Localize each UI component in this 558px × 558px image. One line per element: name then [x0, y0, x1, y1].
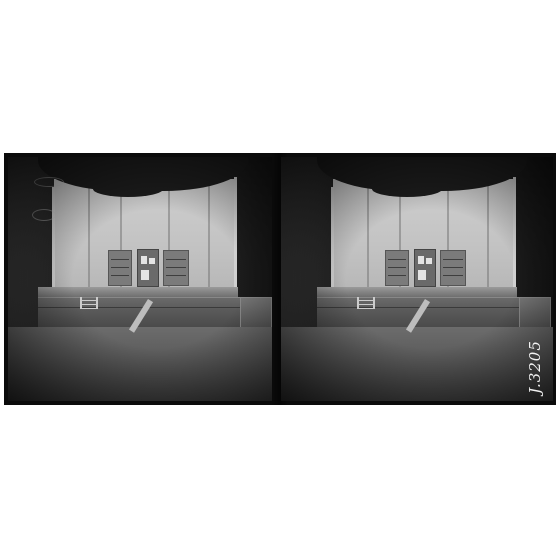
proscenium-column: [331, 187, 334, 297]
scenery-bookcase: [108, 250, 132, 286]
scenery-bookcase: [440, 250, 466, 286]
scenery-doorway: [414, 249, 436, 287]
proscenium-column: [234, 177, 237, 297]
wall-panel-seam: [88, 179, 90, 297]
wall-panel-seam: [208, 179, 210, 297]
catalog-number-text: J.3205: [526, 340, 544, 394]
stage-debris: [317, 287, 517, 297]
stereo-frame-left: [8, 157, 280, 401]
catalog-number-label: J.3205: [524, 330, 546, 404]
plate-scratch: [34, 177, 64, 187]
auditorium-floor: [8, 327, 280, 401]
scenery-bookcase: [163, 250, 189, 286]
scenery-bookcase: [385, 250, 409, 286]
plate-scratch: [32, 209, 56, 221]
small-ladder: [80, 297, 98, 309]
wall-panel-seam: [367, 179, 369, 297]
small-ladder: [357, 297, 375, 309]
wall-panel-seam: [487, 179, 489, 297]
scenery-doorway: [137, 249, 159, 287]
proscenium-column: [513, 177, 516, 297]
stage-front-rail: [38, 307, 242, 308]
stereo-plate: [4, 153, 556, 405]
curtain-scallop: [93, 181, 163, 197]
stereo-frame-right: [281, 157, 553, 401]
stage-debris: [38, 287, 238, 297]
curtain-scallop: [372, 181, 442, 197]
auditorium-floor: [281, 327, 553, 401]
proscenium-column: [52, 187, 55, 297]
